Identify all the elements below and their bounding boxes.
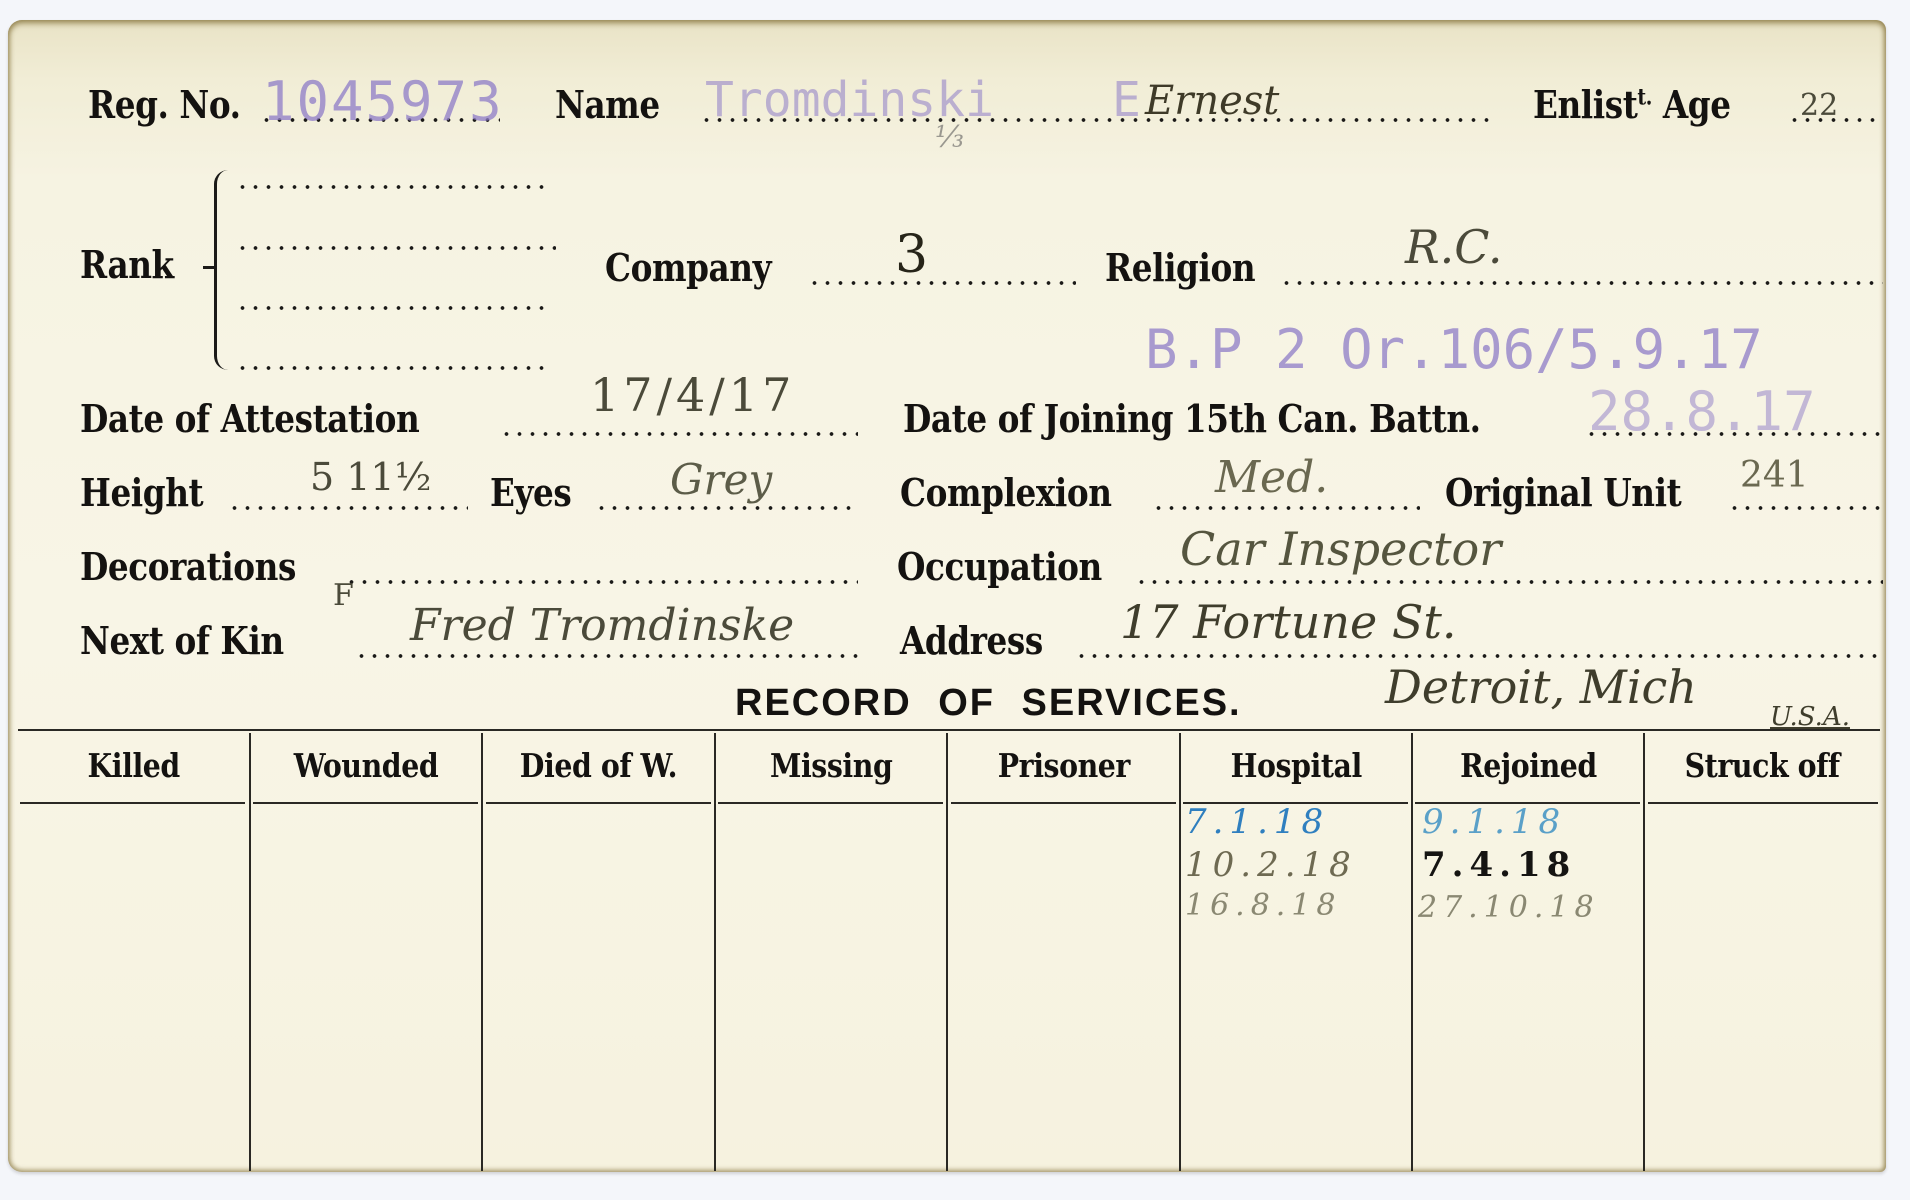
religion-label: Religion [1105, 245, 1255, 290]
occupation-label: Occupation [897, 544, 1102, 589]
next-of-kin-value: Fred Tromdinske [410, 600, 794, 651]
record-of-services-title: RECORD OF SERVICES. [735, 682, 1242, 725]
date-of-joining-label: Date of Joining 15th Can. Battn. [903, 396, 1481, 441]
column-divider [1411, 733, 1413, 1171]
original-unit-dotted-line [1728, 506, 1883, 510]
table-top-rule [18, 729, 1880, 731]
hospital-entry: 10.2.18 [1185, 845, 1357, 885]
occupation-value: Car Inspector [1180, 522, 1501, 576]
enlistment-superscript: t. [1637, 84, 1651, 110]
column-header-rejoined: Rejoined [1413, 740, 1643, 792]
column-divider [714, 733, 716, 1171]
column-header-wounded: Wounded [251, 740, 481, 792]
age-label: Age [1652, 82, 1731, 127]
column-divider [249, 733, 251, 1171]
rank-line-2 [236, 246, 556, 250]
rejoined-entry: 7.4.18 [1422, 845, 1576, 885]
header-underline [20, 802, 245, 804]
reg-no-label: Reg. No. [88, 82, 241, 127]
rejoined-entry: 9.1.18 [1422, 802, 1566, 842]
rank-line-3 [236, 306, 548, 310]
given-name-handwritten: Ernest [1145, 78, 1279, 124]
company-dotted-line [808, 281, 1076, 285]
address-dotted-line [1075, 654, 1883, 658]
column-divider [946, 733, 948, 1171]
name-label: Name [555, 82, 660, 127]
battalion-posting-stamp: B.P 2 Or.106/5.9.17 [1145, 318, 1763, 381]
original-unit-label: Original Unit [1445, 470, 1681, 515]
address-line-1: 17 Fortune St. [1120, 595, 1456, 649]
rejoined-entry: 27.10.18 [1418, 890, 1600, 925]
column-header-missing: Missing [716, 740, 946, 792]
column-divider [1643, 733, 1645, 1171]
address-label: Address [900, 618, 1043, 663]
date-of-attestation-label: Date of Attestation [80, 396, 419, 441]
header-underline [253, 802, 478, 804]
pencil-annotation: ⅓ [935, 120, 964, 155]
decorations-label: Decorations [80, 544, 296, 589]
rank-line-4 [236, 366, 548, 370]
column-header-prisoner: Prisoner [948, 740, 1179, 792]
hospital-entry: 16.8.18 [1185, 888, 1342, 923]
next-of-kin-label: Next of Kin [80, 618, 284, 663]
height-value: 5 11½ [310, 455, 431, 499]
column-divider [481, 733, 483, 1171]
original-unit-value: 241 [1740, 455, 1809, 496]
height-label: Height [80, 470, 203, 515]
company-value: 3 [895, 225, 928, 285]
religion-dotted-line [1280, 281, 1883, 285]
column-divider [1179, 733, 1181, 1171]
eyes-value: Grey [670, 455, 772, 504]
header-underline [1648, 802, 1878, 804]
column-header-killed: Killed [18, 740, 249, 792]
enlistment-label: Enlist [1533, 82, 1637, 127]
attestation-date-value: 17/4/17 [590, 368, 795, 422]
hospital-entry: 7.1.18 [1185, 802, 1329, 842]
complexion-value: Med. [1215, 452, 1328, 503]
initial-stamp: E [1112, 72, 1141, 128]
age-value: 22 [1800, 88, 1838, 123]
column-header-died-of-wounds: Died of W. [483, 740, 714, 792]
header-underline [486, 802, 711, 804]
eyes-label: Eyes [490, 470, 571, 515]
joining-date-stamp: 28.8.17 [1588, 380, 1816, 443]
reg-no-stamp: 1045973 [262, 70, 504, 133]
complexion-label: Complexion [900, 470, 1112, 515]
rank-brace [214, 170, 239, 370]
eyes-dotted-line [595, 506, 858, 510]
next-of-kin-relation: F [333, 578, 354, 613]
decorations-dotted-line [345, 580, 858, 584]
occupation-dotted-line [1135, 580, 1883, 584]
header-underline [951, 802, 1176, 804]
rank-label: Rank [80, 242, 174, 287]
rank-line-1 [236, 185, 548, 189]
column-header-struck-off: Struck off [1645, 740, 1880, 792]
header-underline [718, 802, 943, 804]
height-dotted-line [228, 506, 468, 510]
religion-value: R.C. [1405, 220, 1502, 274]
address-line-3: U.S.A. [1770, 702, 1850, 732]
enlistment-age-label: Enlistt. Age [1533, 82, 1731, 127]
address-line-2: Detroit, Mich [1385, 660, 1697, 714]
complexion-dotted-line [1152, 506, 1420, 510]
attestation-dotted-line [500, 432, 858, 436]
column-header-hospital: Hospital [1181, 740, 1411, 792]
next-of-kin-dotted-line [355, 654, 858, 658]
company-label: Company [605, 245, 771, 290]
